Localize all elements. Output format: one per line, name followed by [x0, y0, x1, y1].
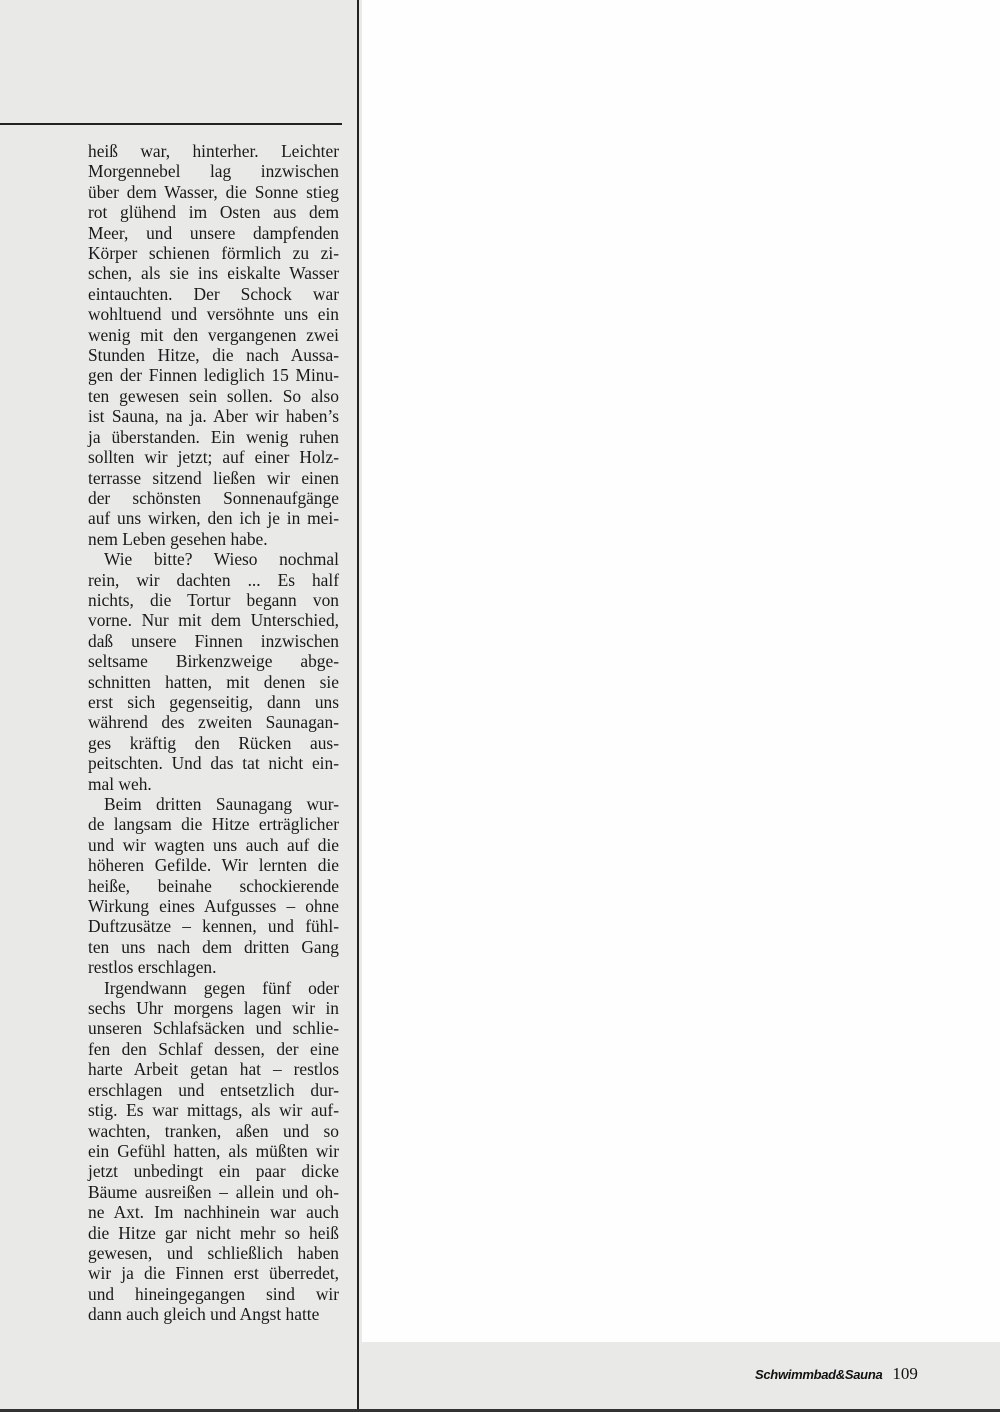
text-line: ges kräftig den Rücken aus-	[88, 733, 339, 753]
magazine-name: Schwimmbad&Sauna	[755, 1367, 882, 1382]
text-line: nichts, die Tortur begann von	[88, 590, 339, 610]
text-line: sollten wir jetzt; auf einer Holz-	[88, 447, 339, 467]
text-line: nem Leben gesehen habe.	[88, 529, 339, 549]
text-line: unseren Schlafsäcken und schlie-	[88, 1018, 339, 1038]
text-line: Meer, und unsere dampfenden	[88, 223, 339, 243]
text-line: auf uns wirken, den ich je in mei-	[88, 508, 339, 528]
text-line: dann auch gleich und Angst hatte	[88, 1304, 339, 1324]
text-line: jetzt unbedingt ein paar dicke	[88, 1161, 339, 1181]
text-line: ja überstanden. Ein wenig ruhen	[88, 427, 339, 447]
text-line: eintauchten. Der Schock war	[88, 284, 339, 304]
text-line: der schönsten Sonnenaufgänge	[88, 488, 339, 508]
text-line: wenig mit den vergangenen zwei	[88, 325, 339, 345]
text-line: Duftzusätze – kennen, und fühl-	[88, 916, 339, 936]
text-line: und hineingegangen sind wir	[88, 1284, 339, 1304]
text-line: über dem Wasser, die Sonne stieg	[88, 182, 339, 202]
text-line: wohltuend und versöhnte uns ein	[88, 304, 339, 324]
text-line: gewesen, und schließlich haben	[88, 1243, 339, 1263]
text-line: ten uns nach dem dritten Gang	[88, 937, 339, 957]
text-line: wir ja die Finnen erst überredet,	[88, 1263, 339, 1283]
column-divider	[357, 0, 359, 1412]
text-line: Morgennebel lag inzwischen	[88, 161, 339, 181]
text-line: Bäume ausreißen – allein und oh-	[88, 1182, 339, 1202]
article-paragraph: Beim dritten Saunagang wur-de langsam di…	[88, 794, 339, 978]
text-line: gen der Finnen lediglich 15 Minu-	[88, 365, 339, 385]
text-line: die Hitze gar nicht mehr so heiß	[88, 1223, 339, 1243]
text-line: vorne. Nur mit dem Unterschied,	[88, 610, 339, 630]
text-line: während des zweiten Saunagan-	[88, 712, 339, 732]
text-line: ein Gefühl hatten, als müßten wir	[88, 1141, 339, 1161]
text-line: schnitten hatten, mit denen sie	[88, 672, 339, 692]
text-line: terrasse sitzend ließen wir einen	[88, 468, 339, 488]
text-line: restlos erschlagen.	[88, 957, 339, 977]
text-line: stig. Es war mittags, als wir auf-	[88, 1100, 339, 1120]
article-paragraph: heiß war, hinterher. LeichterMorgennebel…	[88, 141, 339, 549]
article-paragraph: Irgendwann gegen fünf odersechs Uhr morg…	[88, 978, 339, 1325]
text-line: daß unsere Finnen inzwischen	[88, 631, 339, 651]
text-line: peitschten. Und das tat nicht ein-	[88, 753, 339, 773]
text-line: Irgendwann gegen fünf oder	[88, 978, 339, 998]
top-rule	[0, 123, 342, 125]
text-line: rot glühend im Osten aus dem	[88, 202, 339, 222]
text-line: fen den Schlaf dessen, der eine	[88, 1039, 339, 1059]
text-line: höheren Gefilde. Wir lernten die	[88, 855, 339, 875]
text-line: heiße, beinahe schockierende	[88, 876, 339, 896]
text-line: wachten, tranken, aßen und so	[88, 1121, 339, 1141]
text-line: Wirkung eines Aufgusses – ohne	[88, 896, 339, 916]
text-line: Körper schienen förmlich zu zi-	[88, 243, 339, 263]
page-footer: Schwimmbad&Sauna 109	[755, 1364, 918, 1388]
text-line: erschlagen und entsetzlich dur-	[88, 1080, 339, 1100]
text-line: ist Sauna, na ja. Aber wir haben’s	[88, 406, 339, 426]
text-line: und wir wagten uns auch auf die	[88, 835, 339, 855]
text-line: Beim dritten Saunagang wur-	[88, 794, 339, 814]
text-line: harte Arbeit getan hat – restlos	[88, 1059, 339, 1079]
article-column: heiß war, hinterher. LeichterMorgennebel…	[88, 141, 339, 1325]
text-line: Wie bitte? Wieso nochmal	[88, 549, 339, 569]
article-paragraph: Wie bitte? Wieso nochmalrein, wir dachte…	[88, 549, 339, 794]
text-line: ten gewesen sein sollen. So also	[88, 386, 339, 406]
text-line: seltsame Birkenzweige abge-	[88, 651, 339, 671]
text-line: de langsam die Hitze erträglicher	[88, 814, 339, 834]
text-line: ne Axt. Im nachhinein war auch	[88, 1202, 339, 1222]
text-line: mal weh.	[88, 774, 339, 794]
text-line: Stunden Hitze, die nach Aussa-	[88, 345, 339, 365]
text-line: sechs Uhr morgens lagen wir in	[88, 998, 339, 1018]
page-number: 109	[892, 1364, 918, 1384]
text-line: heiß war, hinterher. Leichter	[88, 141, 339, 161]
blank-image-area	[362, 0, 1000, 1342]
text-line: schen, als sie ins eiskalte Wasser	[88, 263, 339, 283]
text-line: rein, wir dachten ... Es half	[88, 570, 339, 590]
text-line: erst sich gegenseitig, dann uns	[88, 692, 339, 712]
